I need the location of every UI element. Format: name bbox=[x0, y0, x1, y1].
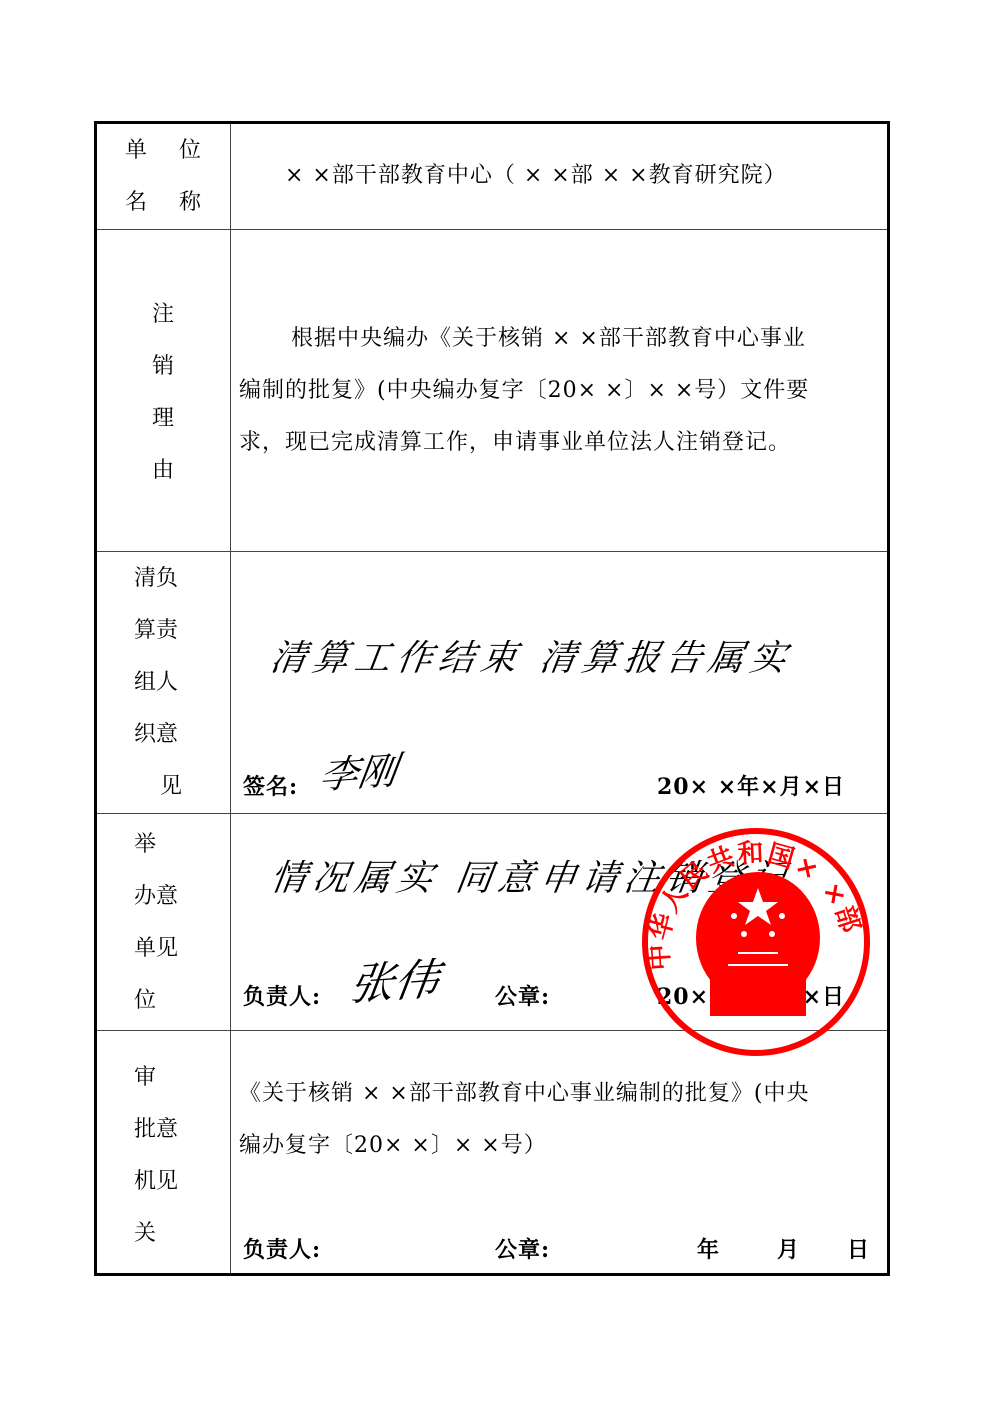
label-char: 称 bbox=[179, 192, 201, 214]
label-char: 单见 bbox=[134, 938, 178, 960]
row-liquidation-opinion: 清负 算责 组人 织意 见 清算工作结束 清算报告属实 签名: 李刚 20× ×… bbox=[97, 552, 887, 814]
label-char: 注 bbox=[152, 304, 174, 326]
label-char: 清负 bbox=[134, 568, 178, 590]
label-cell-liquidation: 清负 算责 组人 织意 见 bbox=[97, 552, 231, 813]
label-char: 由 bbox=[152, 460, 174, 482]
label-char: 理 bbox=[152, 408, 174, 430]
cancellation-registration-form: 单 位 名 称 × ×部干部教育中心（ × ×部 × ×教育研究院） 注 销 理… bbox=[94, 121, 890, 1276]
label-char: 举 bbox=[134, 834, 156, 856]
responsible-label: 负责人: bbox=[243, 1239, 321, 1261]
date-text: 20× ×年×月×日 bbox=[657, 776, 845, 798]
responsible-label: 负责人: bbox=[243, 986, 321, 1008]
label-cell-reason: 注 销 理 由 bbox=[97, 230, 231, 551]
label-char: 办意 bbox=[134, 886, 178, 908]
handwritten-signature: 李刚 bbox=[317, 739, 402, 799]
label-cell-approval: 审 批意 机见 关 bbox=[97, 1031, 231, 1273]
label-char: 算责 bbox=[134, 620, 178, 642]
handwritten-opinion: 情况属实 同意申请注销登记 bbox=[267, 850, 796, 901]
label-cell-unit-name: 单 位 名 称 bbox=[97, 124, 231, 229]
label-char: 名 bbox=[125, 192, 147, 214]
reason-line: 根据中央编办《关于核销 × ×部干部教育中心事业 bbox=[291, 328, 806, 350]
approval-line: 《关于核销 × ×部干部教育中心事业编制的批复》(中央 bbox=[239, 1083, 809, 1105]
seal-label: 公章: bbox=[495, 986, 550, 1008]
approval-line: 编办复字〔20× ×〕× ×号） bbox=[239, 1135, 547, 1157]
label-char: 批意 bbox=[134, 1119, 178, 1141]
row-approval-opinion: 审 批意 机见 关 《关于核销 × ×部干部教育中心事业编制的批复》(中央 编办… bbox=[97, 1031, 887, 1273]
label-char: 机见 bbox=[134, 1171, 178, 1193]
date-text: 20× ×年×月×日 bbox=[657, 986, 845, 1008]
label-cell-sponsor: 举 办意 单见 位 bbox=[97, 814, 231, 1030]
label-char: 位 bbox=[179, 140, 201, 162]
label-char: 单 bbox=[125, 140, 147, 162]
row-cancellation-reason: 注 销 理 由 根据中央编办《关于核销 × ×部干部教育中心事业 编制的批复》(… bbox=[97, 230, 887, 552]
seal-label: 公章: bbox=[495, 1239, 550, 1261]
unit-name-text: × ×部干部教育中心（ × ×部 × ×教育研究院） bbox=[285, 165, 787, 187]
date-year-label: 年 bbox=[697, 1239, 720, 1261]
reason-line: 编制的批复》(中央编办复字〔20× ×〕× ×号）文件要 bbox=[239, 380, 809, 402]
row-unit-name: 单 位 名 称 × ×部干部教育中心（ × ×部 × ×教育研究院） bbox=[97, 124, 887, 230]
label-char: 组人 bbox=[134, 672, 178, 694]
handwritten-opinion: 清算工作结束 清算报告属实 bbox=[267, 630, 796, 681]
label-char: 销 bbox=[152, 356, 174, 378]
row-sponsor-opinion: 举 办意 单见 位 情况属实 同意申请注销登记 负责人: 张伟 公章: 20× … bbox=[97, 814, 887, 1031]
content-cell-approval: 《关于核销 × ×部干部教育中心事业编制的批复》(中央 编办复字〔20× ×〕×… bbox=[231, 1031, 887, 1273]
content-cell-liquidation: 清算工作结束 清算报告属实 签名: 李刚 20× ×年×月×日 bbox=[231, 552, 887, 813]
date-month-label: 月 bbox=[777, 1239, 800, 1261]
label-char: 见 bbox=[160, 776, 182, 798]
content-cell-unit-name: × ×部干部教育中心（ × ×部 × ×教育研究院） bbox=[231, 124, 887, 229]
handwritten-signature: 张伟 bbox=[346, 943, 444, 1013]
content-cell-reason: 根据中央编办《关于核销 × ×部干部教育中心事业 编制的批复》(中央编办复字〔2… bbox=[231, 230, 887, 551]
content-cell-sponsor: 情况属实 同意申请注销登记 负责人: 张伟 公章: 20× ×年×月×日 bbox=[231, 814, 887, 1030]
label-char: 织意 bbox=[134, 724, 178, 746]
signature-label: 签名: bbox=[243, 776, 298, 798]
label-char: 位 bbox=[134, 990, 156, 1012]
reason-line: 求，现已完成清算工作，申请事业单位法人注销登记。 bbox=[239, 432, 791, 454]
label-char: 审 bbox=[134, 1067, 156, 1089]
date-day-label: 日 bbox=[847, 1239, 870, 1261]
label-char: 关 bbox=[134, 1223, 156, 1245]
